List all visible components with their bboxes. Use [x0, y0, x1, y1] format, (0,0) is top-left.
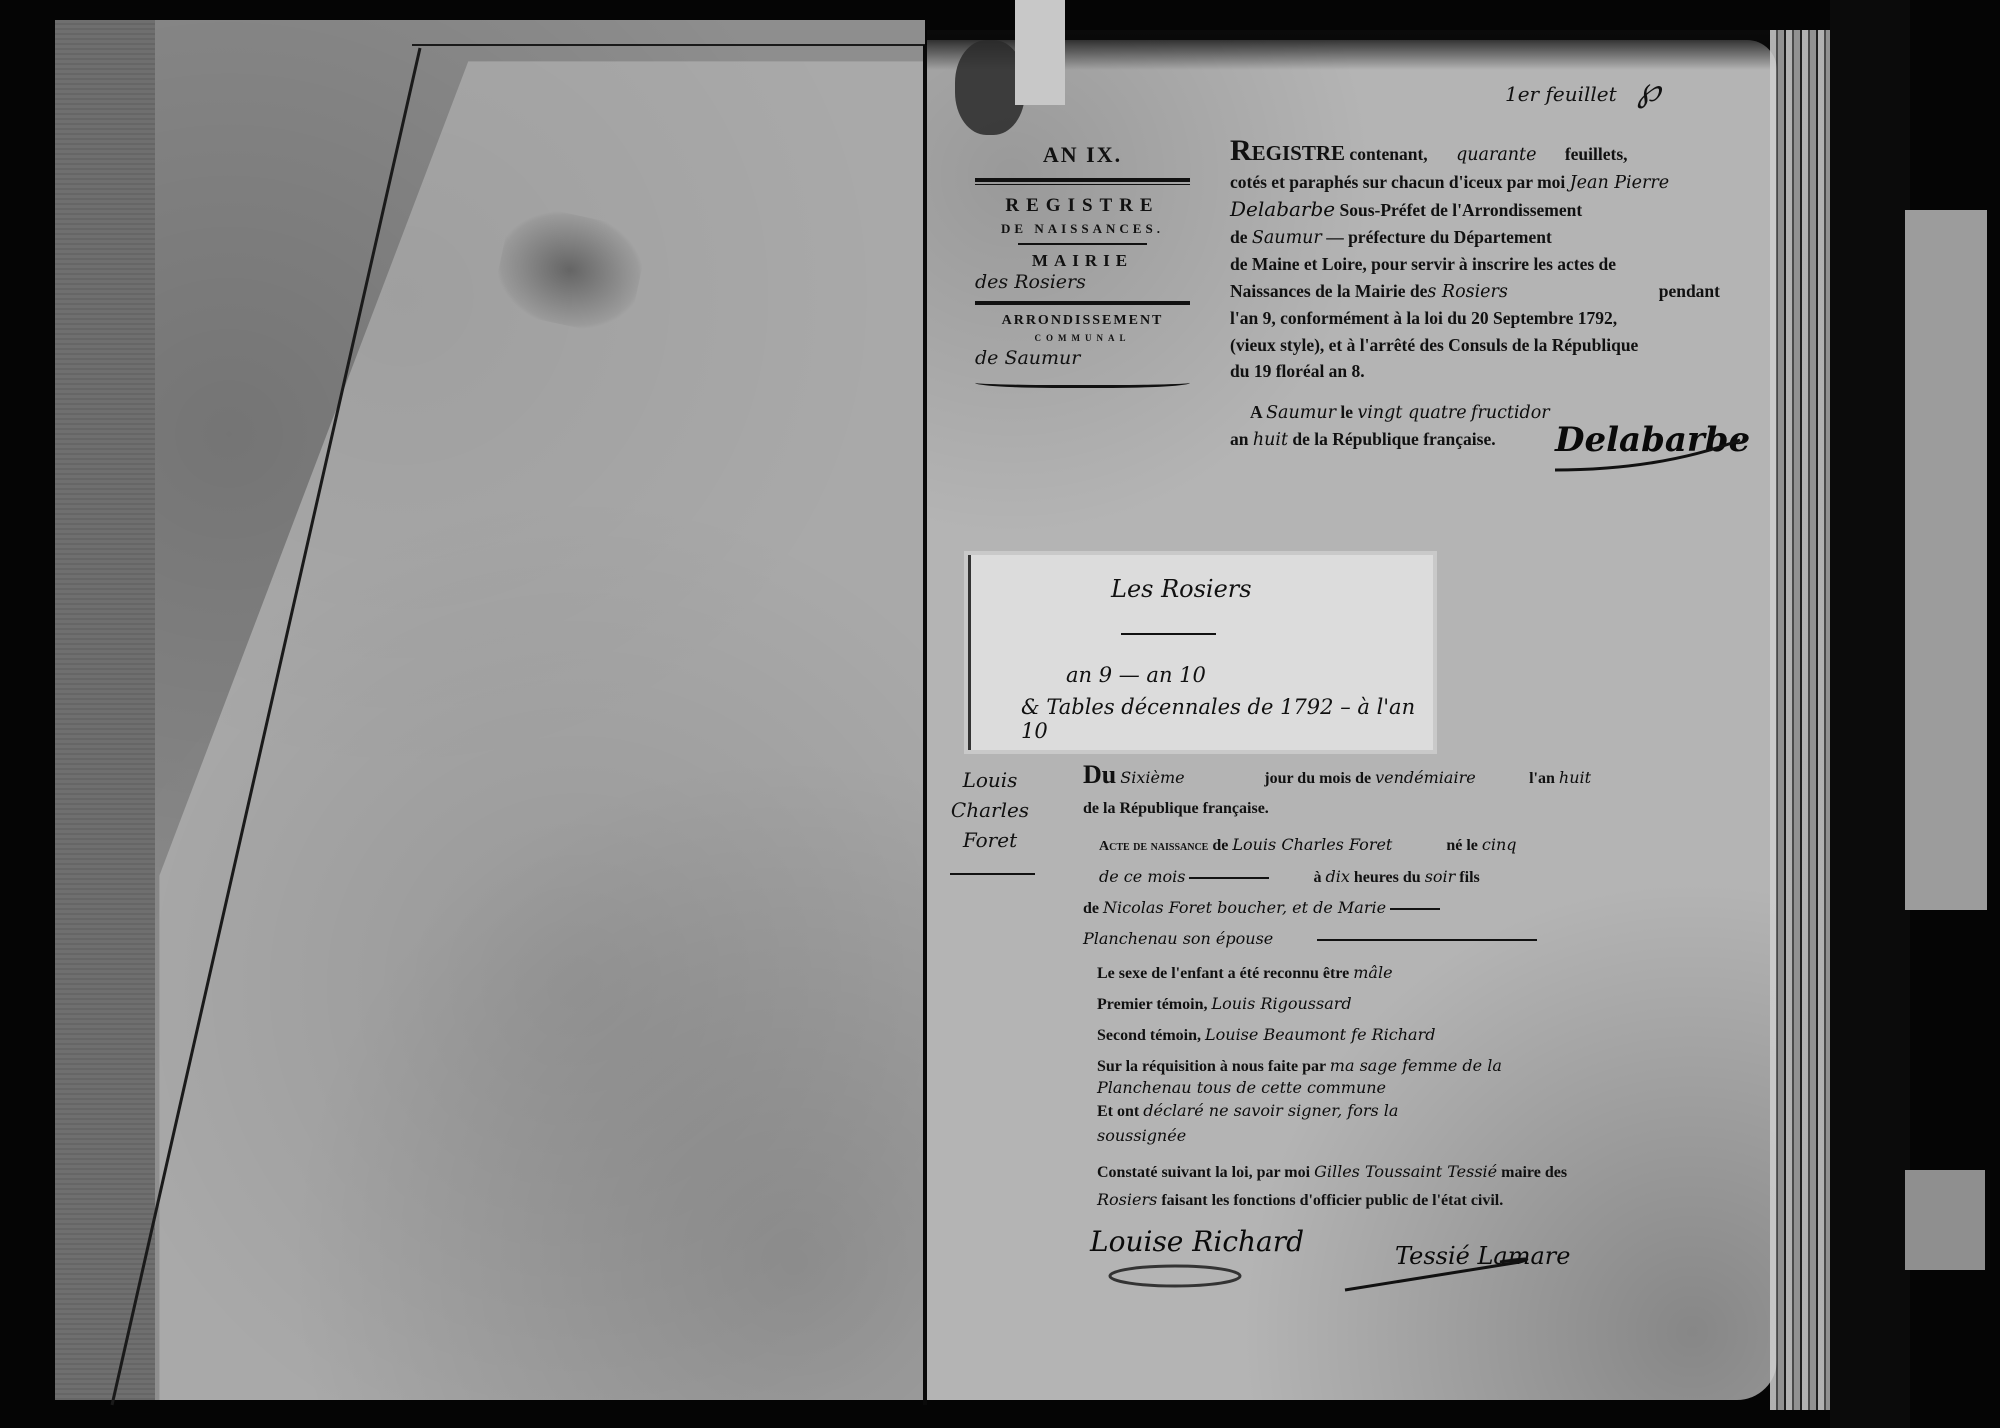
signature-flourishes [0, 0, 2000, 1428]
